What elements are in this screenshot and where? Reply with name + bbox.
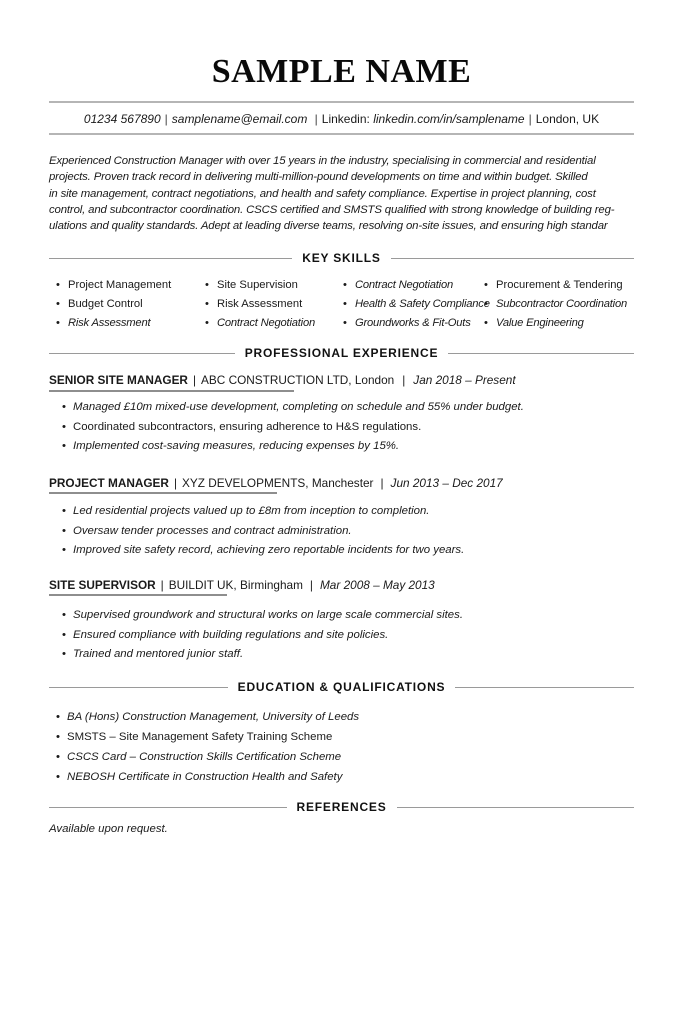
summary-line: control, and subcontractor coordination.… — [49, 202, 639, 218]
job-underline — [49, 492, 277, 494]
skill-item: •Budget Control — [56, 295, 171, 314]
education-item: •SMSTS – Site Management Safety Training… — [56, 727, 359, 747]
header-bottom-rule — [49, 133, 634, 135]
bullet-item: •Trained and mentored junior staff. — [62, 645, 463, 665]
skill-item: •Health & Safety Compliance — [343, 295, 490, 314]
summary-line: in site management, contract negotiation… — [49, 186, 639, 202]
job-header: PROJECT MANAGER|XYZ DEVELOPMENTS, Manche… — [49, 475, 503, 491]
bullet-icon: • — [484, 314, 496, 333]
bullet-icon: • — [56, 276, 68, 295]
section-title: EDUCATION & QUALIFICATIONS — [228, 680, 456, 694]
job-bullets: •Supervised groundwork and structural wo… — [62, 606, 463, 665]
bullet-icon: • — [343, 314, 355, 333]
job-header: SITE SUPERVISOR|BUILDIT UK, Birmingham|M… — [49, 577, 435, 593]
bullet-icon: • — [484, 276, 496, 295]
job-dates: Mar 2008 – May 2013 — [320, 578, 435, 592]
company-name: ABC CONSTRUCTION LTD, London — [201, 373, 394, 387]
bullet-item: •Supervised groundwork and structural wo… — [62, 606, 463, 626]
references-text: Available upon request. — [49, 823, 168, 835]
skills-column-2: •Site Supervision •Risk Assessment •Cont… — [205, 276, 315, 332]
bullet-icon: • — [343, 276, 355, 295]
job-bullets: •Led residential projects valued up to £… — [62, 502, 464, 561]
bullet-icon: • — [205, 276, 217, 295]
bullet-icon: • — [343, 295, 355, 314]
job-underline — [49, 390, 294, 392]
divider — [49, 353, 235, 354]
skill-item: •Procurement & Tendering — [484, 276, 627, 295]
job-dates: Jun 2013 – Dec 2017 — [391, 476, 503, 490]
skill-item: •Risk Assessment — [56, 314, 171, 333]
bullet-icon: • — [62, 437, 73, 457]
bullet-icon: • — [62, 645, 73, 665]
divider — [391, 258, 634, 259]
references-heading: REFERENCES — [49, 799, 634, 815]
section-title: PROFESSIONAL EXPERIENCE — [235, 346, 449, 360]
key-skills-heading: KEY SKILLS — [49, 250, 634, 266]
skill-item: •Site Supervision — [205, 276, 315, 295]
experience-heading: PROFESSIONAL EXPERIENCE — [49, 345, 634, 361]
contact-line: 01234 567890|samplename@email.com |Linke… — [0, 111, 683, 127]
bullet-icon: • — [62, 418, 73, 438]
job-underline — [49, 594, 227, 596]
bullet-item: •Ensured compliance with building regula… — [62, 626, 463, 646]
job-title: SENIOR SITE MANAGER — [49, 373, 188, 387]
job-title: PROJECT MANAGER — [49, 476, 169, 490]
location: London, UK — [536, 112, 599, 126]
skill-item: •Contract Negotiation — [343, 276, 490, 295]
bullet-icon: • — [205, 295, 217, 314]
bullet-icon: • — [62, 626, 73, 646]
linkedin-url[interactable]: linkedin.com/in/samplename — [373, 112, 524, 126]
education-item: •BA (Hons) Construction Management, Univ… — [56, 707, 359, 727]
bullet-icon: • — [56, 767, 67, 787]
summary-line: ulations and quality standards. Adept at… — [49, 218, 639, 234]
education-list: •BA (Hons) Construction Management, Univ… — [56, 707, 359, 787]
skill-item: •Groundworks & Fit-Outs — [343, 314, 490, 333]
bullet-icon: • — [56, 707, 67, 727]
education-item: •NEBOSH Certificate in Construction Heal… — [56, 767, 359, 787]
divider — [49, 687, 228, 688]
divider — [448, 353, 634, 354]
job-title: SITE SUPERVISOR — [49, 578, 156, 592]
summary-line: projects. Proven track record in deliver… — [49, 169, 639, 185]
bullet-icon: • — [56, 295, 68, 314]
bullet-item: •Coordinated subcontractors, ensuring ad… — [62, 418, 524, 438]
divider — [397, 807, 635, 808]
skill-item: •Risk Assessment — [205, 295, 315, 314]
bullet-item: •Implemented cost-saving measures, reduc… — [62, 437, 524, 457]
education-heading: EDUCATION & QUALIFICATIONS — [49, 679, 634, 695]
skill-item: •Project Management — [56, 276, 171, 295]
divider — [455, 687, 634, 688]
bullet-icon: • — [62, 502, 73, 522]
divider — [49, 807, 287, 808]
section-title: KEY SKILLS — [292, 251, 390, 265]
skills-column-4: •Procurement & Tendering •Subcontractor … — [484, 276, 627, 332]
bullet-item: •Led residential projects valued up to £… — [62, 502, 464, 522]
summary-line: Experienced Construction Manager with ov… — [49, 153, 639, 169]
professional-summary: Experienced Construction Manager with ov… — [49, 153, 639, 234]
bullet-icon: • — [484, 295, 496, 314]
skills-column-3: •Contract Negotiation •Health & Safety C… — [343, 276, 490, 332]
email-address[interactable]: samplename@email.com — [172, 112, 308, 126]
bullet-icon: • — [62, 522, 73, 542]
bullet-icon: • — [56, 314, 68, 333]
linkedin-label: Linkedin: — [322, 112, 370, 126]
bullet-icon: • — [62, 398, 73, 418]
company-name: BUILDIT UK, Birmingham — [169, 578, 303, 592]
divider — [49, 258, 292, 259]
skill-item: •Contract Negotiation — [205, 314, 315, 333]
resume-page: SAMPLE NAME 01234 567890|samplename@emai… — [0, 0, 683, 1024]
phone-number: 01234 567890 — [84, 112, 161, 126]
section-title: REFERENCES — [287, 800, 397, 814]
skills-column-1: •Project Management •Budget Control •Ris… — [56, 276, 171, 332]
bullet-icon: • — [205, 314, 217, 333]
bullet-item: •Managed £10m mixed-use development, com… — [62, 398, 524, 418]
header-top-rule — [49, 101, 634, 103]
skill-item: •Value Engineering — [484, 314, 627, 333]
skill-item: •Subcontractor Coordination — [484, 295, 627, 314]
bullet-item: •Oversaw tender processes and contract a… — [62, 522, 464, 542]
bullet-item: •Improved site safety record, achieving … — [62, 541, 464, 561]
candidate-name: SAMPLE NAME — [0, 52, 683, 92]
job-header: SENIOR SITE MANAGER|ABC CONSTRUCTION LTD… — [49, 372, 516, 388]
education-item: •CSCS Card – Construction Skills Certifi… — [56, 747, 359, 767]
bullet-icon: • — [62, 606, 73, 626]
job-bullets: •Managed £10m mixed-use development, com… — [62, 398, 524, 457]
job-dates: Jan 2018 – Present — [413, 373, 515, 387]
company-name: XYZ DEVELOPMENTS, Manchester — [182, 476, 373, 490]
bullet-icon: • — [56, 747, 67, 767]
bullet-icon: • — [62, 541, 73, 561]
bullet-icon: • — [56, 727, 67, 747]
